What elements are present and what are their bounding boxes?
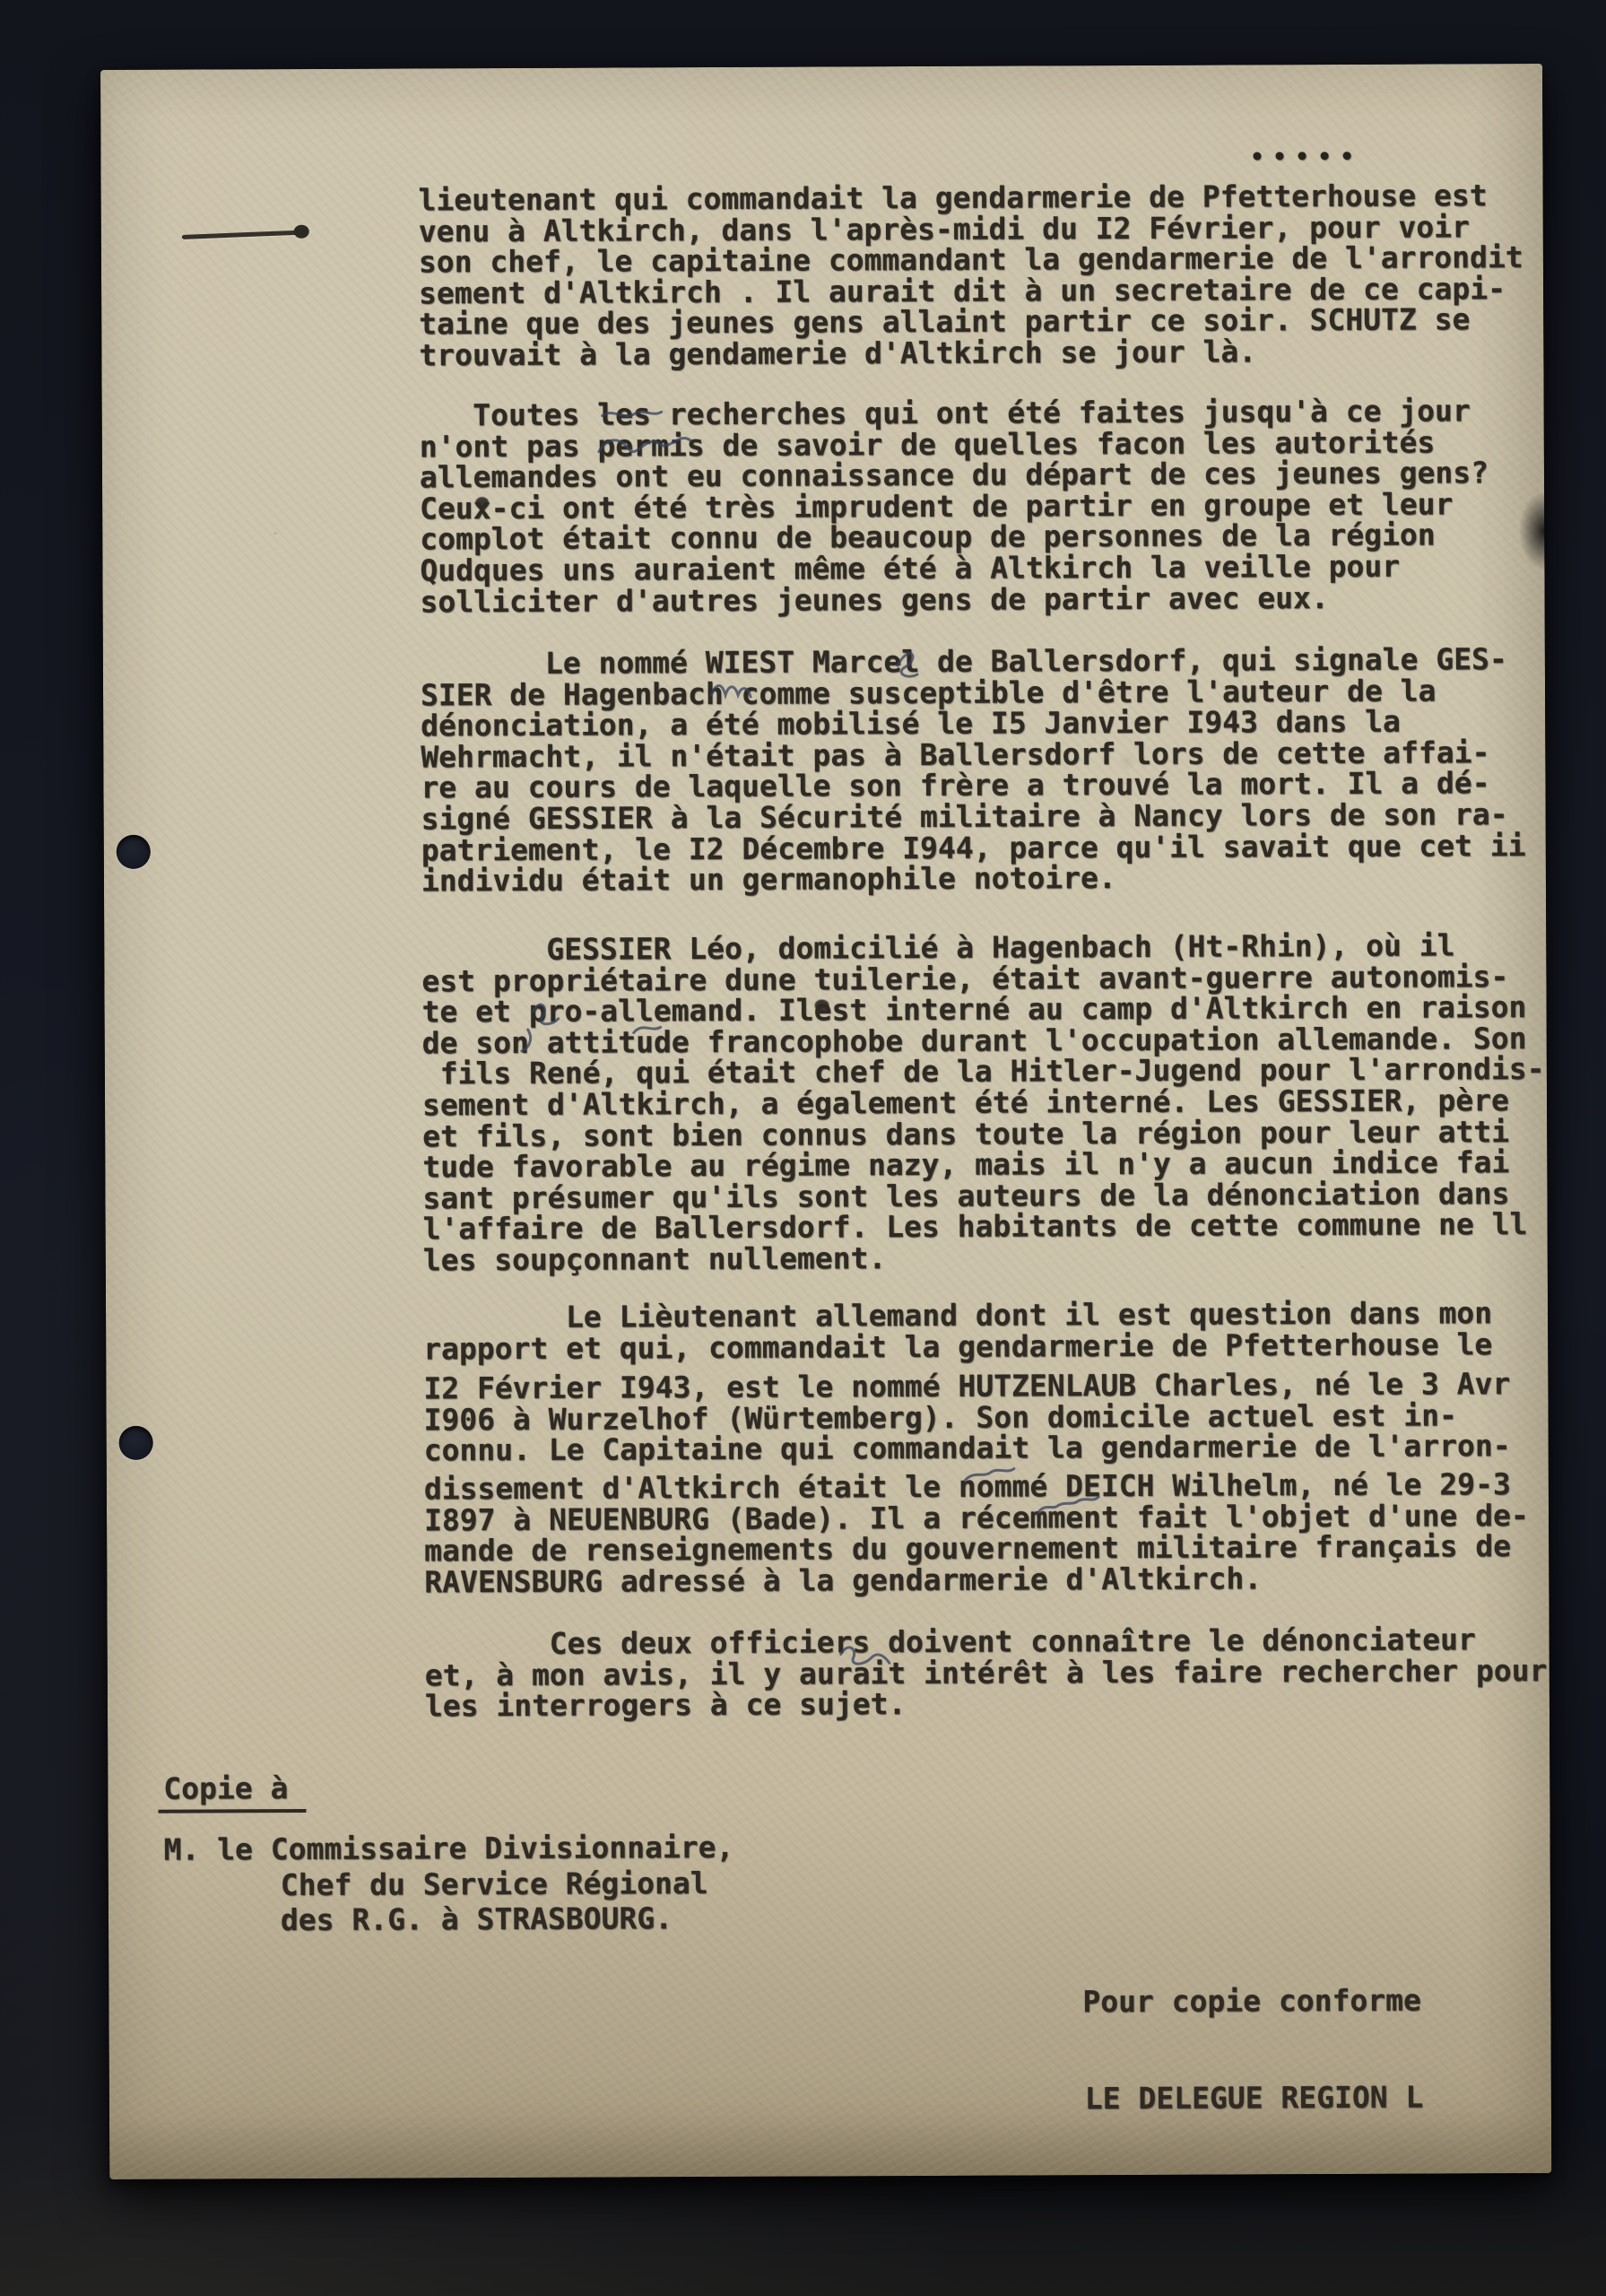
edge-smudge: [1519, 492, 1546, 570]
document-page: ••••• lieutenant qui commandait la genda…: [100, 64, 1551, 2179]
paperclip-mark: [182, 230, 302, 239]
punch-hole-bottom: [119, 1426, 153, 1460]
punch-hole-top: [117, 835, 151, 869]
paragraph-3: Le nommé WIEST Marcel de Ballersdorf, qu…: [421, 644, 1526, 897]
paragraph-4: GESSIER Léo, domicilié à Hagenbach (Ht-R…: [421, 930, 1545, 1276]
paragraph-5-part-2: I2 Février I943, est le nommé HUTZENLAUB…: [423, 1369, 1510, 1466]
paragraph-5-part-3: dissement d'Altkirch était le nommé DEIC…: [424, 1469, 1529, 1598]
recipient-line: Chef du Service Régional: [281, 1868, 708, 1901]
separator-dots: •••••: [1250, 142, 1362, 173]
paragraph-2: Toutes les recherches qui ont été faites…: [420, 396, 1489, 617]
paragraph-6: Ces deux officiers doivent connaître le …: [425, 1624, 1548, 1722]
certification-line: Pour copie conforme: [1082, 1986, 1421, 2018]
recipient-line: des R.G. à STRASBOURG.: [281, 1903, 673, 1936]
recipient-line: M. le Commissaire Divisionnaire,: [164, 1832, 734, 1865]
copy-to-heading: Copie à: [158, 1773, 306, 1813]
scan-background: ••••• lieutenant qui commandait la genda…: [0, 0, 1606, 2296]
paragraph-1: lieutenant qui commandait la gendarmerie…: [419, 180, 1524, 371]
paragraph-5-part-1: Le Lièutenant allemand dont il est quest…: [423, 1298, 1492, 1364]
signature-line: LE DELEGUE REGION L: [1085, 2083, 1424, 2115]
